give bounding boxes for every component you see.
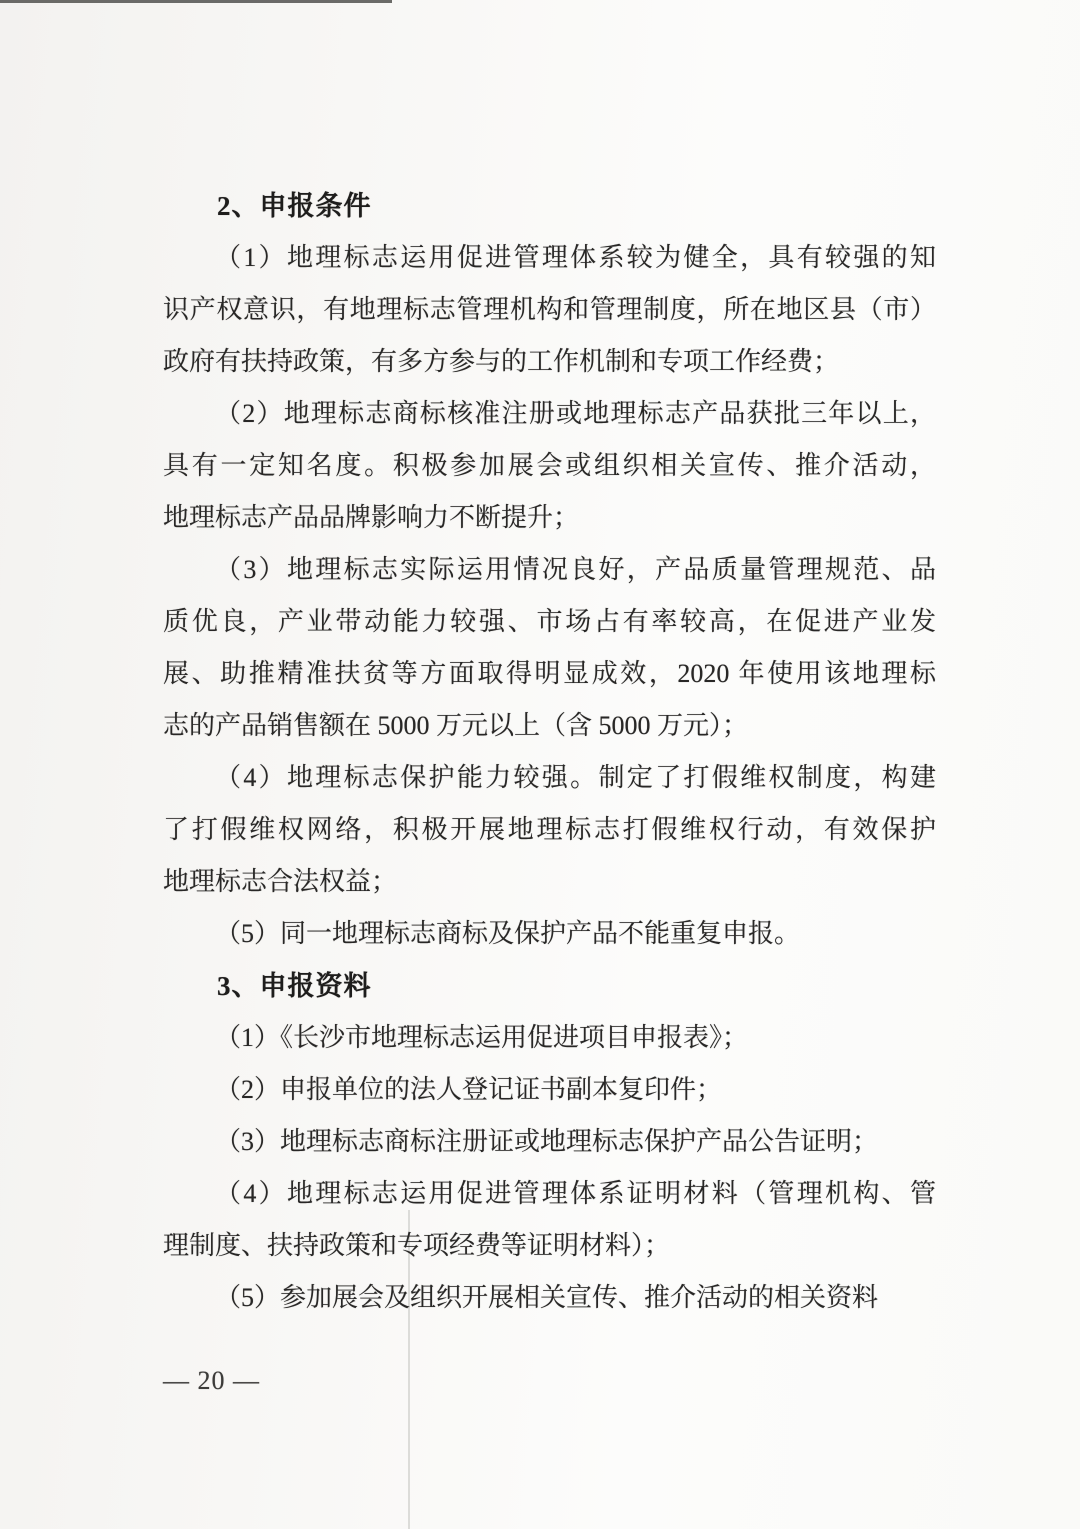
- text-line: 具有一定知名度。积极参加展会或组织相关宣传、推介活动，: [163, 440, 936, 492]
- document-body: 2、申报条件（1）地理标志运用促进管理体系较为健全，具有较强的知识产权意识，有地…: [163, 180, 936, 1324]
- text-line: （3）地理标志实际运用情况良好，产品质量管理规范、品: [163, 544, 936, 596]
- paragraph: （3）地理标志商标注册证或地理标志保护产品公告证明；: [163, 1116, 936, 1168]
- section-heading: 2、申报条件: [163, 180, 936, 232]
- text-line: （1）地理标志运用促进管理体系较为健全，具有较强的知: [163, 232, 936, 284]
- scanned-document-page: 2、申报条件（1）地理标志运用促进管理体系较为健全，具有较强的知识产权意识，有地…: [0, 0, 1080, 1529]
- paragraph: （4）地理标志保护能力较强。制定了打假维权制度，构建了打假维权网络，积极开展地理…: [163, 752, 936, 908]
- text-line: （2）地理标志商标核准注册或地理标志产品获批三年以上，: [163, 388, 936, 440]
- paragraph: （3）地理标志实际运用情况良好，产品质量管理规范、品质优良，产业带动能力较强、市…: [163, 544, 936, 752]
- text-line: （5）参加展会及组织开展相关宣传、推介活动的相关资料: [163, 1272, 936, 1324]
- paragraph: （2）申报单位的法人登记证书副本复印件；: [163, 1064, 936, 1116]
- text-line: （4）地理标志运用促进管理体系证明材料（管理机构、管: [163, 1168, 936, 1220]
- text-line: 质优良，产业带动能力较强、市场占有率较高，在促进产业发: [163, 596, 936, 648]
- text-line: （4）地理标志保护能力较强。制定了打假维权制度，构建: [163, 752, 936, 804]
- paragraph: （1）地理标志运用促进管理体系较为健全，具有较强的知识产权意识，有地理标志管理机…: [163, 232, 936, 388]
- text-line: 了打假维权网络，积极开展地理标志打假维权行动，有效保护: [163, 804, 936, 856]
- text-line: 地理标志合法权益；: [163, 856, 936, 908]
- paragraph: （1）《长沙市地理标志运用促进项目申报表》；: [163, 1012, 936, 1064]
- text-line: 志的产品销售额在 5000 万元以上（含 5000 万元）；: [163, 700, 936, 752]
- scan-artifact-top-edge: [0, 0, 392, 3]
- section-heading: 3、申报资料: [163, 960, 936, 1012]
- text-line: （5）同一地理标志商标及保护产品不能重复申报。: [163, 908, 936, 960]
- text-line: （1）《长沙市地理标志运用促进项目申报表》；: [163, 1012, 936, 1064]
- page-number: — 20 —: [163, 1366, 260, 1396]
- paragraph: （5）参加展会及组织开展相关宣传、推介活动的相关资料: [163, 1272, 936, 1324]
- text-line: 识产权意识，有地理标志管理机构和管理制度，所在地区县（市）: [163, 284, 936, 336]
- text-line: （2）申报单位的法人登记证书副本复印件；: [163, 1064, 936, 1116]
- text-line: 政府有扶持政策，有多方参与的工作机制和专项工作经费；: [163, 336, 936, 388]
- text-line: 展、助推精准扶贫等方面取得明显成效，2020 年使用该地理标: [163, 648, 936, 700]
- text-line: （3）地理标志商标注册证或地理标志保护产品公告证明；: [163, 1116, 936, 1168]
- paragraph: （5）同一地理标志商标及保护产品不能重复申报。: [163, 908, 936, 960]
- text-line: 理制度、扶持政策和专项经费等证明材料）；: [163, 1220, 936, 1272]
- paragraph: （4）地理标志运用促进管理体系证明材料（管理机构、管理制度、扶持政策和专项经费等…: [163, 1168, 936, 1272]
- paragraph: （2）地理标志商标核准注册或地理标志产品获批三年以上，具有一定知名度。积极参加展…: [163, 388, 936, 544]
- text-line: 地理标志产品品牌影响力不断提升；: [163, 492, 936, 544]
